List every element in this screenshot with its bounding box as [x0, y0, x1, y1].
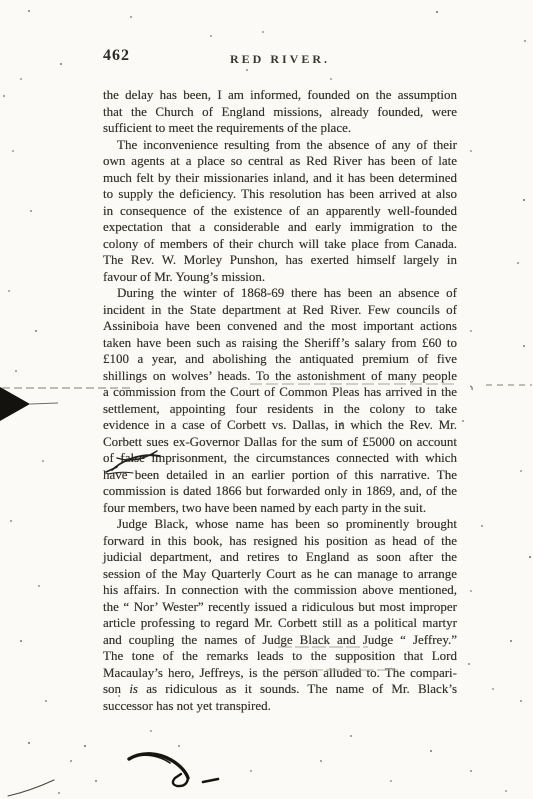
text-line: own agents at a place so central as Red …: [103, 153, 457, 170]
bottom-pen-scribble: [8, 754, 218, 796]
text-line: settlement, appointing four residents in…: [103, 401, 457, 418]
text-line: colony of members of their church will t…: [103, 236, 457, 253]
text-line: and coupling the names of Judge Black an…: [103, 632, 457, 649]
text-line: that the Church of England missions, alr…: [103, 104, 457, 121]
text-line: the “ Nor’ Wester” recently issued a rid…: [103, 599, 457, 616]
text-line: favour of Mr. Young’s mission.: [103, 269, 457, 286]
text-line: son is as ridiculous as it sounds. The n…: [103, 681, 457, 698]
text-line: evidence in a case of Corbett vs. Dallas…: [103, 417, 457, 434]
text-line: the delay has been, I am informed, found…: [103, 87, 457, 104]
text-line: commission is dated 1866 but forwarded o…: [103, 483, 457, 500]
text-line: judicial department, and retires to Engl…: [103, 549, 457, 566]
text-line: in consequence of the existence of an ap…: [103, 203, 457, 220]
text-line: Assiniboia have been convened and the mo…: [103, 318, 457, 335]
text-line: sufficient to meet the requirements of t…: [103, 120, 457, 137]
text-line: The tone of the remarks leads to the sup…: [103, 648, 457, 665]
text-line: article professing to regard Mr. Corbett…: [103, 615, 457, 632]
text-line: have been detailed in an earlier portion…: [103, 467, 457, 484]
text-line: successor has not yet transpired.: [103, 698, 457, 715]
text-line: During the winter of 1868-69 there has b…: [103, 285, 457, 302]
text-block: the delay has been, I am informed, found…: [103, 87, 457, 714]
text-line: to supply the deficiency. This resolutio…: [103, 186, 457, 203]
text-line: The Rev. W. Morley Punshon, has exerted …: [103, 252, 457, 269]
text-line: expectation that a considerable and earl…: [103, 219, 457, 236]
text-line: shillings on wolves’ heads. To the aston…: [103, 368, 457, 385]
text-line: Macaulay’s hero, Jeffreys, is the person…: [103, 665, 457, 682]
scan-noise-speckles: [0, 0, 2, 2]
stray-comma-mark: [470, 386, 472, 390]
text-line: Corbett sues ex-Governor Dallas for the …: [103, 434, 457, 451]
text-line: incident in the State department at Red …: [103, 302, 457, 319]
text-line: a commission from the Court of Common Pl…: [103, 384, 457, 401]
text-line: forward in this book, has resigned his p…: [103, 533, 457, 550]
text-line: much felt by their missionaries inland, …: [103, 170, 457, 187]
text-line: taken have been such as raising the Sher…: [103, 335, 457, 352]
text-line: of false imprisonment, the circumstances…: [103, 450, 457, 467]
text-line: four members, two have been named by eac…: [103, 500, 457, 517]
running-title: RED RIVER.: [103, 52, 457, 67]
text-line: session of the May Quarterly Court as he…: [103, 566, 457, 583]
text-line: The inconvenience resulting from the abs…: [103, 137, 457, 154]
text-line: £100 a year, and abolishing the antiquat…: [103, 351, 457, 368]
left-edge-wedge-mark: [0, 387, 30, 421]
left-edge-wedge-tail: [30, 403, 58, 404]
text-line: Judge Black, whose name has been so prom…: [103, 516, 457, 533]
scanned-page: 462 RED RIVER. the delay has been, I am …: [0, 0, 533, 799]
text-line: his affairs. In connection with the comm…: [103, 582, 457, 599]
